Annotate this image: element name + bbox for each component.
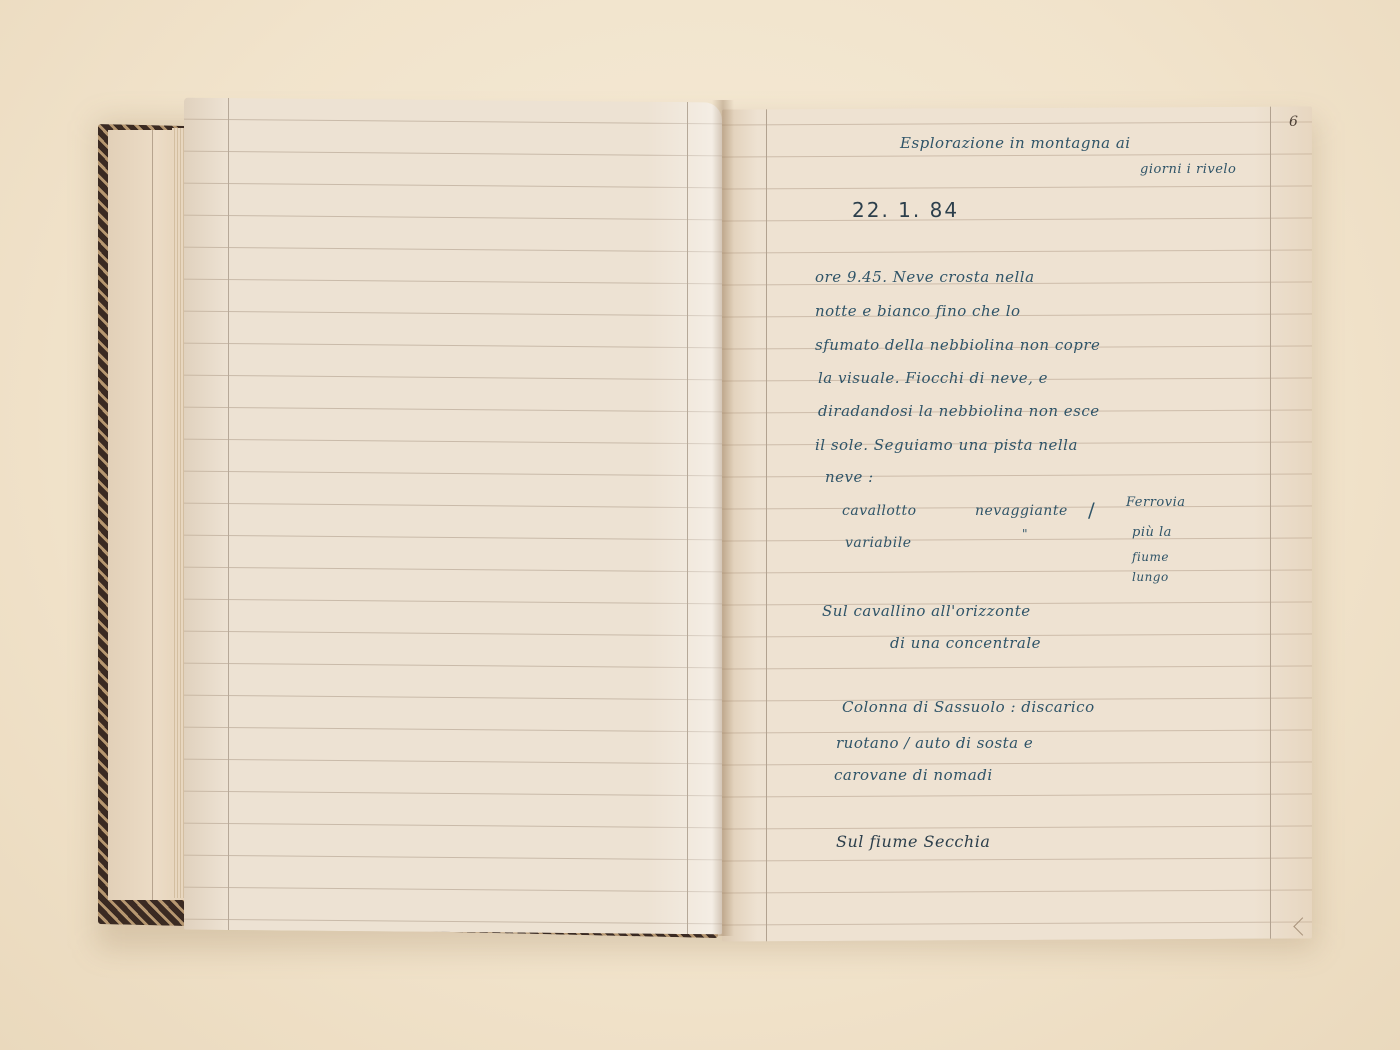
table-cell: Ferrovia bbox=[1126, 495, 1186, 510]
text-line: Colonna di Sassuolo : discarico bbox=[842, 698, 1095, 716]
right-margin-line bbox=[687, 102, 688, 934]
text-line: carovane di nomadi bbox=[834, 766, 993, 784]
margin-line bbox=[152, 130, 153, 900]
table-cell: " bbox=[1022, 527, 1028, 541]
text-line: neve : bbox=[825, 468, 874, 486]
right-margin-line bbox=[1270, 107, 1271, 939]
table-separator: / bbox=[1088, 498, 1095, 522]
page-number: 6 bbox=[1289, 114, 1298, 130]
table-cell: cavallotto bbox=[842, 503, 917, 519]
book-gutter bbox=[712, 100, 734, 936]
table-cell: nevaggiante bbox=[975, 503, 1068, 519]
left-margin-line bbox=[228, 98, 229, 930]
header-line-2: giorni i rivelo bbox=[1140, 162, 1236, 177]
text-line: diradandosi la nebbiolina non esce bbox=[818, 402, 1100, 420]
header-line-1: Esplorazione in montagna ai bbox=[900, 134, 1131, 152]
text-line: il sole. Seguiamo una pista nella bbox=[815, 436, 1078, 454]
left-margin-line bbox=[766, 109, 767, 941]
text-line: notte e bianco fino che lo bbox=[815, 302, 1021, 320]
text-line: Sul cavallino all'orizzonte bbox=[822, 602, 1031, 620]
table-cell: fiume bbox=[1132, 550, 1169, 564]
text-line: sfumato della nebbiolina non copre bbox=[815, 336, 1100, 354]
left-page bbox=[184, 98, 722, 935]
right-page bbox=[722, 106, 1312, 941]
table-cell: lungo bbox=[1132, 570, 1169, 584]
text-line: di una concentrale bbox=[890, 634, 1041, 652]
text-line: ruotano / auto di sosta e bbox=[836, 734, 1033, 752]
text-line: ore 9.45. Neve crosta nella bbox=[815, 268, 1035, 286]
text-line: la visuale. Fiocchi di neve, e bbox=[818, 369, 1048, 387]
text-line: Sul fiume Secchia bbox=[836, 832, 990, 851]
table-cell: più la bbox=[1132, 525, 1172, 540]
table-cell: variabile bbox=[845, 535, 911, 551]
entry-date: 22. 1. 84 bbox=[852, 198, 959, 222]
